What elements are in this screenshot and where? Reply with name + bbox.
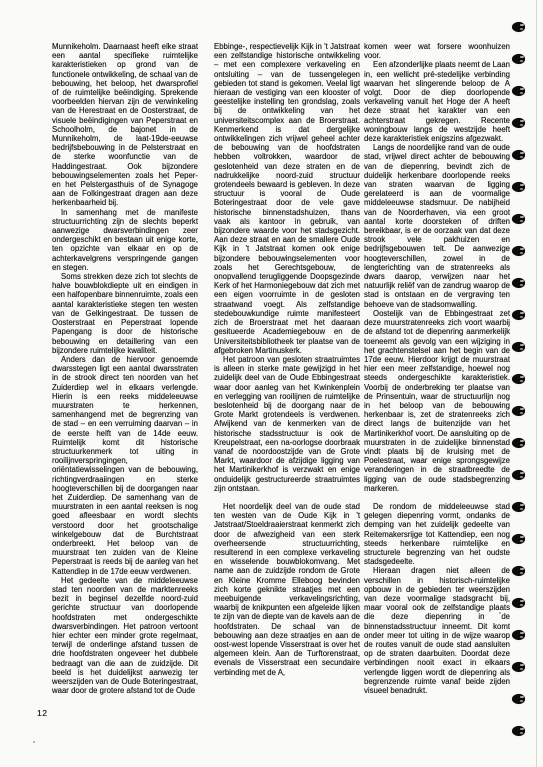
text-column-middle: Ebbinge-, respectievelijk Kijk in 't Jat…	[214, 42, 360, 677]
binder-ring-icon	[512, 246, 525, 256]
scan-speck	[499, 612, 501, 614]
binder-ring-icon	[512, 598, 525, 608]
binder-ring-icon	[512, 470, 525, 480]
binder-ring-icon	[512, 374, 525, 384]
paragraph: Hieraan dragen niet alleen de verschille…	[364, 566, 510, 695]
binder-ring-icon	[512, 438, 525, 448]
paragraph: Een afzonderlijke plaats neemt de Laan i…	[364, 60, 510, 143]
binder-ring-icon	[512, 22, 525, 32]
page-number: 12	[37, 708, 47, 718]
paragraph: Het gedeelte van de middeleeuwse stad te…	[52, 576, 198, 696]
binder-ring-icon	[512, 406, 525, 416]
paragraph: Anders dan de hiervoor genoemde dwarsste…	[52, 355, 198, 576]
paragraph: Ebbinge-, respectievelijk Kijk in 't Jat…	[214, 42, 360, 355]
paragraph: Het patroon van gesloten straatruimtes i…	[214, 355, 360, 493]
binder-ring-icon	[512, 118, 525, 128]
paragraph: Oostelijk van de Ebbingestraat zet deze …	[364, 309, 510, 493]
binder-ring-icon	[512, 534, 525, 544]
scan-speck	[347, 660, 349, 661]
binder-ring-icon	[512, 278, 525, 288]
binder-ring-icon	[512, 310, 525, 320]
scan-speck	[33, 741, 35, 743]
binder-ring-icon	[512, 86, 525, 96]
paragraph: In samenhang met de manifeste structuurr…	[52, 208, 198, 272]
binder-ring-icon	[512, 214, 525, 224]
binder-ring-icon	[512, 150, 525, 160]
scanned-book-page: Munnikeholm. Daarnaast heeft elke straat…	[0, 0, 543, 767]
paragraph: Het noordelijk deel van de oude stad ten…	[214, 502, 360, 677]
binder-ring-icon	[512, 630, 525, 640]
binder-ring-icon	[512, 54, 525, 64]
text-column-left: Munnikeholm. Daarnaast heeft elke straat…	[52, 42, 198, 695]
binder-ring-icon	[512, 662, 525, 672]
paragraph: Langs de noordelijke rand van de oude st…	[364, 143, 510, 309]
paragraph: komen weer wat forsere woonhuizen voor.	[364, 42, 510, 60]
paragraph: Soms strekken deze zich tot slechts de h…	[52, 272, 198, 355]
binder-ring-icon	[512, 182, 525, 192]
text-column-right: komen weer wat forsere woonhuizen voor.E…	[364, 42, 510, 695]
binder-ring-icon	[512, 342, 525, 352]
paragraph: De rondom de middeleeuwse stad gelegen d…	[364, 502, 510, 566]
binder-ring-icon	[512, 566, 525, 576]
binder-ring-icon	[512, 694, 525, 704]
paragraph: Munnikeholm. Daarnaast heeft elke straat…	[52, 42, 198, 208]
page-edge-line	[536, 0, 537, 767]
binder-ring-icon	[512, 726, 525, 736]
binder-ring-icon	[512, 502, 525, 512]
